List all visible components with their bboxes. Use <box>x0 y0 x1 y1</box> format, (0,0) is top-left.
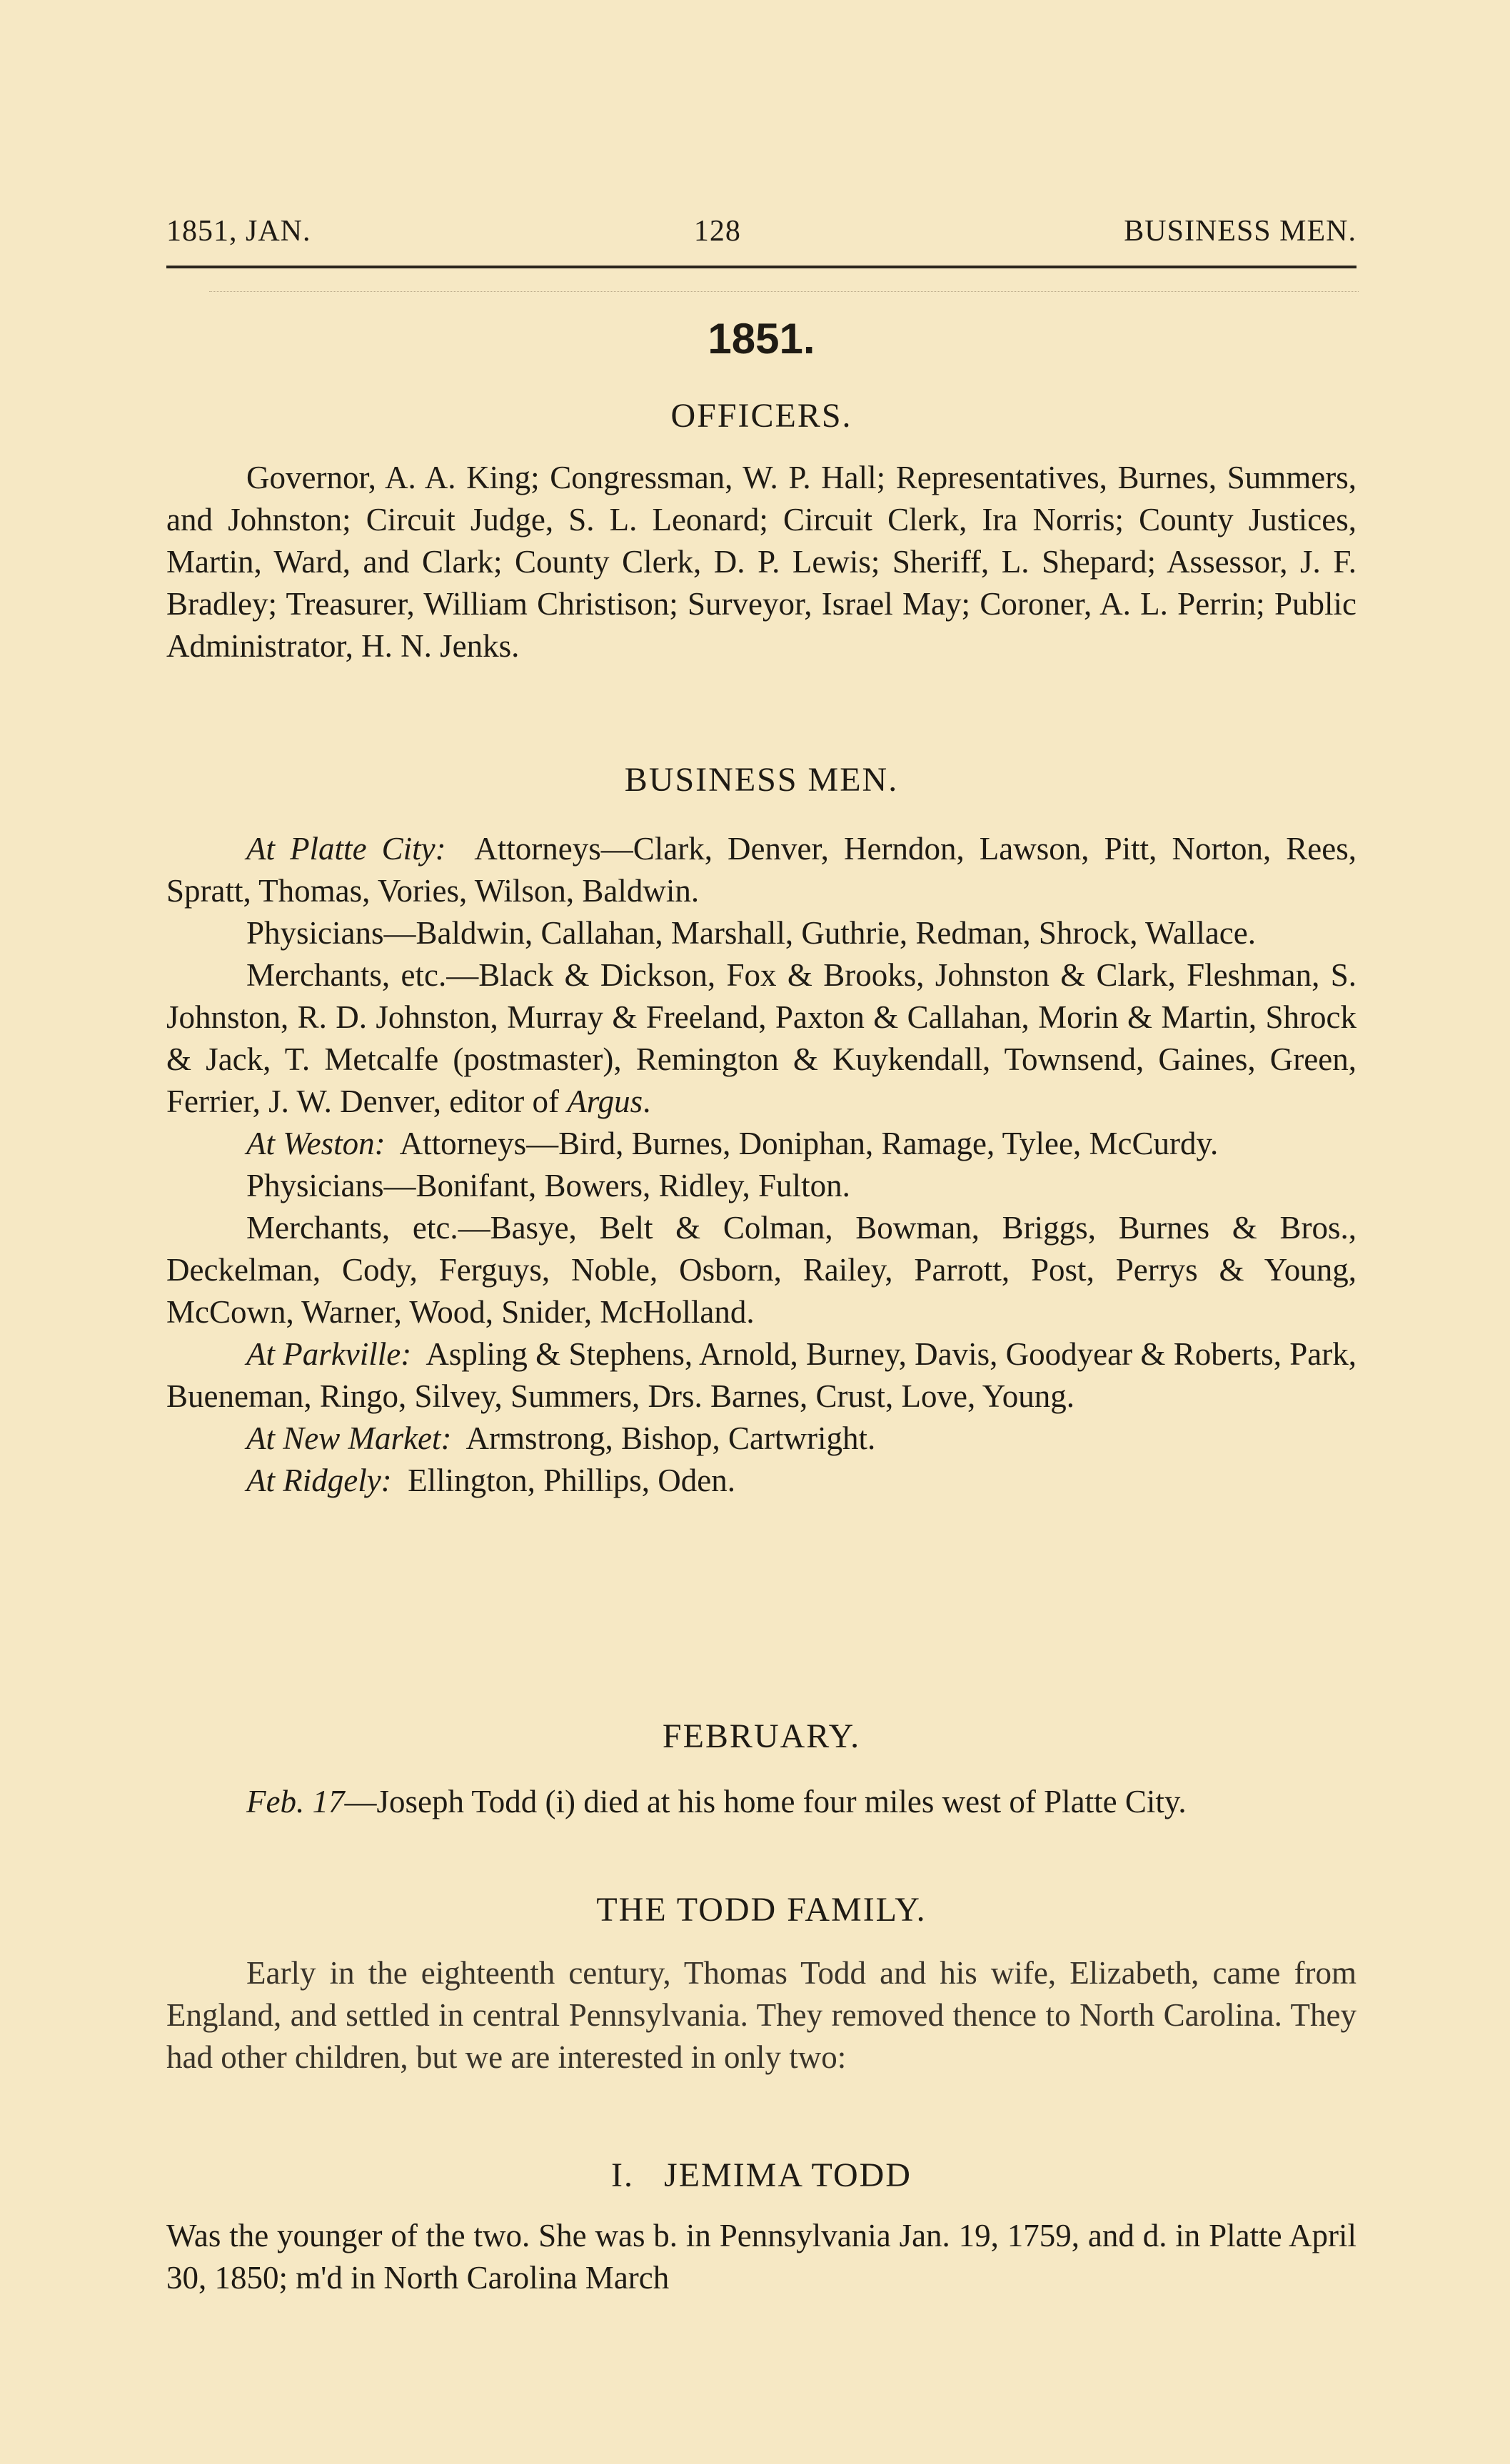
todd-family-section: Early in the eighteenth century, Thomas … <box>166 1952 1357 2079</box>
place-label: At Weston: <box>246 1126 386 1161</box>
running-head-left: 1851, JAN. <box>166 214 311 248</box>
business-entry: At Parkville: Aspling & Stephens, Arnold… <box>166 1333 1357 1418</box>
entry-text: Physicians—Bonifant, Bowers, Ridley, Ful… <box>246 1168 850 1203</box>
business-entry: At Platte City: Attorneys—Clark, Denver,… <box>166 828 1357 912</box>
place-label: At Platte City: <box>246 831 446 867</box>
place-label: At New Market: <box>246 1420 451 1456</box>
february-heading: FEBRUARY. <box>166 1717 1357 1756</box>
jemima-todd-heading: I. JEMIMA TODD <box>166 2156 1357 2195</box>
entry-text: Attorneys—Bird, Burnes, Doniphan, Ramage… <box>400 1126 1219 1161</box>
place-label: At Parkville: <box>246 1336 411 1372</box>
place-label: At Ridgely: <box>246 1463 392 1498</box>
todd-family-paragraph: Early in the eighteenth century, Thomas … <box>166 1952 1357 2079</box>
business-entry: Merchants, etc.—Black & Dickson, Fox & B… <box>166 954 1357 1123</box>
february-entry: Feb. 17—Joseph Todd (i) died at his home… <box>166 1781 1357 1823</box>
business-men-heading: BUSINESS MEN. <box>166 760 1357 799</box>
entry-text: Merchants, etc.—Basye, Belt & Colman, Bo… <box>166 1210 1357 1330</box>
business-entry: Physicians—Baldwin, Callahan, Marshall, … <box>166 912 1357 954</box>
entry-text: Merchants, etc.—Black & Dickson, Fox & B… <box>166 957 1357 1119</box>
header-rule <box>166 266 1357 268</box>
business-entry: At Ridgely: Ellington, Phillips, Oden. <box>166 1460 1357 1502</box>
entry-text: Armstrong, Bishop, Cartwright. <box>465 1420 875 1456</box>
officers-paragraph: Governor, A. A. King; Congressman, W. P.… <box>166 457 1357 667</box>
jemima-todd-section: Was the younger of the two. She was b. i… <box>166 2215 1357 2299</box>
newspaper-title: Argus <box>567 1084 643 1119</box>
entry-text: Ellington, Phillips, Oden. <box>408 1463 735 1498</box>
running-head-right: BUSINESS MEN. <box>1124 214 1357 248</box>
jemima-paragraph: Was the younger of the two. She was b. i… <box>166 2215 1357 2299</box>
entry-text: —Joseph Todd (i) died at his home four m… <box>344 1784 1186 1819</box>
faint-rule <box>209 291 1359 292</box>
business-entry: At Weston: Attorneys—Bird, Burnes, Donip… <box>166 1123 1357 1165</box>
officers-section: Governor, A. A. King; Congressman, W. P.… <box>166 457 1357 667</box>
entry-text: Physicians—Baldwin, Callahan, Marshall, … <box>246 915 1256 951</box>
business-entry: Physicians—Bonifant, Bowers, Ridley, Ful… <box>166 1165 1357 1207</box>
business-entry: Merchants, etc.—Basye, Belt & Colman, Bo… <box>166 1207 1357 1333</box>
february-section: Feb. 17—Joseph Todd (i) died at his home… <box>166 1781 1357 1823</box>
officers-heading: OFFICERS. <box>166 396 1357 435</box>
page-number: 128 <box>694 214 741 248</box>
business-entry: At New Market: Armstrong, Bishop, Cartwr… <box>166 1418 1357 1460</box>
business-men-section: At Platte City: Attorneys—Clark, Denver,… <box>166 828 1357 1502</box>
entry-punctuation: . <box>643 1084 650 1119</box>
entry-date: Feb. 17 <box>246 1784 344 1819</box>
year-heading: 1851. <box>166 314 1357 363</box>
running-head: 1851, JAN. 128 BUSINESS MEN. <box>166 214 1357 248</box>
todd-family-heading: THE TODD FAMILY. <box>166 1890 1357 1929</box>
